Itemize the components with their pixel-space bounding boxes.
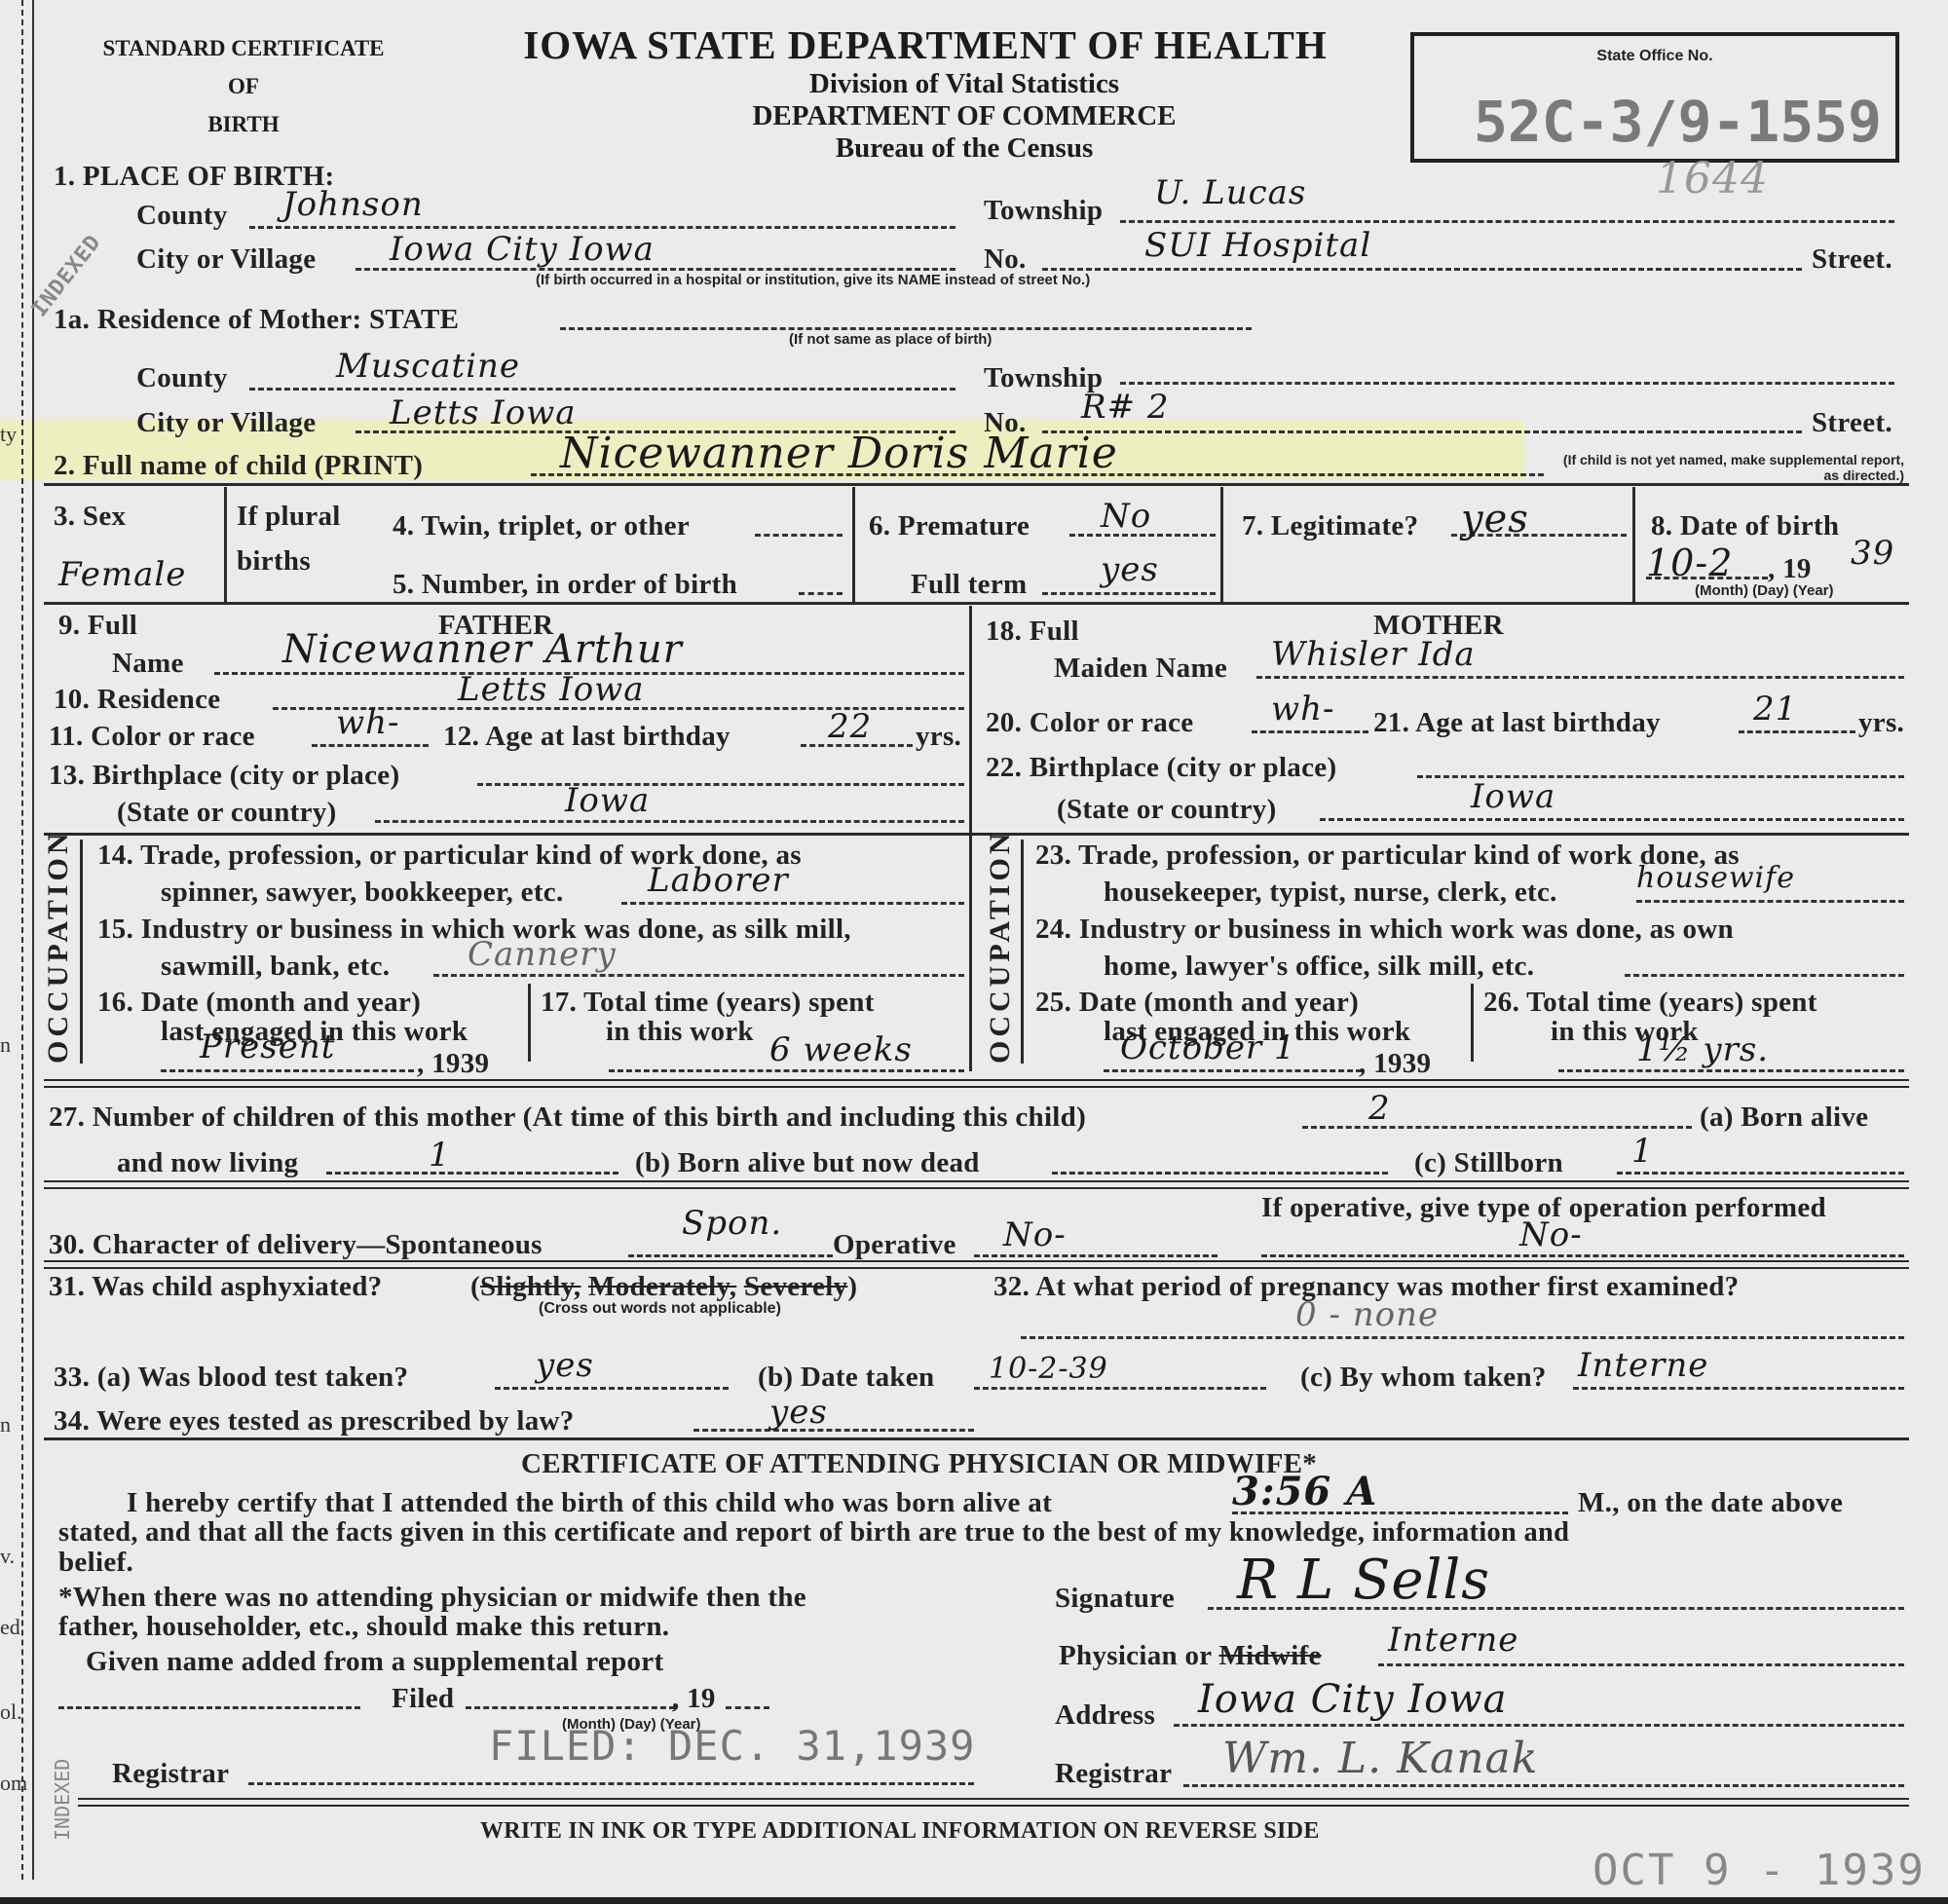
divider xyxy=(44,1437,1909,1440)
blood-date-line xyxy=(974,1387,1266,1390)
filed-date-line xyxy=(466,1706,675,1709)
spontaneous-value[interactable]: Spon. xyxy=(682,1204,782,1243)
operative-line xyxy=(974,1254,1217,1257)
filed-stamp: FILED: DEC. 31,1939 xyxy=(489,1722,975,1770)
mother-name-line xyxy=(1256,676,1904,679)
father-race-label: 11. Color or race xyxy=(49,721,255,753)
mother-township-line xyxy=(1120,382,1894,385)
dob-label: 8. Date of birth xyxy=(1651,510,1839,542)
dob-caption: (Month) (Day) (Year) xyxy=(1695,582,1834,599)
margin-line-inner xyxy=(32,0,34,1880)
child-name-value[interactable]: Nicewanner Doris Marie xyxy=(560,429,1118,478)
signature-label: Signature xyxy=(1055,1583,1175,1615)
mother-race-label: 20. Color or race xyxy=(986,707,1193,739)
birth-township-label: Township xyxy=(984,195,1103,227)
margin-fragment: n xyxy=(0,1412,11,1437)
birth-county-value[interactable]: Johnson xyxy=(282,185,424,224)
asphyxia-options[interactable]: (Slightly, Moderately, Severely) xyxy=(470,1271,857,1303)
blood-test-value[interactable]: yes xyxy=(536,1346,594,1385)
father-date-label: 16. Date (month and year) xyxy=(97,987,421,1019)
operation-type-value[interactable]: No- xyxy=(1519,1215,1583,1254)
margin-fragment: ed xyxy=(0,1615,20,1640)
dob-year-prefix: , 19 xyxy=(1768,553,1812,585)
stillborn-line xyxy=(1617,1172,1904,1175)
certify-line-2: stated, and that all the facts given in … xyxy=(58,1517,1569,1549)
birth-certificate-page: ty n n v. ed ol. om STANDARD CERTIFICATE… xyxy=(0,0,1948,1904)
father-race-line xyxy=(312,744,429,747)
margin-line-outer xyxy=(21,0,23,1880)
mother-industry-label-2: home, lawyer's office, silk mill, etc. xyxy=(1104,951,1534,983)
asphyxia-label: 31. Was child asphyxiated? xyxy=(49,1271,382,1303)
birth-city-value[interactable]: Iowa City Iowa xyxy=(390,230,655,269)
blood-date-label: (b) Date taken xyxy=(758,1362,934,1394)
father-age-label: 12. Age at last birthday xyxy=(443,721,730,753)
registrar-left-line xyxy=(248,1782,974,1785)
children-count-label: 27. Number of children of this mother (A… xyxy=(49,1101,1086,1134)
father-residence-label: 10. Residence xyxy=(54,684,220,716)
state-office-label: State Office No. xyxy=(1414,48,1895,65)
father-time-value[interactable]: 6 weeks xyxy=(769,1030,913,1069)
margin-fragment: v. xyxy=(0,1544,15,1569)
eyes-label: 34. Were eyes tested as prescribed by la… xyxy=(54,1405,575,1437)
divider xyxy=(44,833,1909,836)
supplemental-label: Given name added from a supplemental rep… xyxy=(86,1646,663,1678)
operative-value[interactable]: No- xyxy=(1003,1215,1067,1254)
mother-city-label: City or Village xyxy=(136,407,316,439)
certificate-type-line: STANDARD CERTIFICATE xyxy=(58,29,429,67)
bureau-title: Bureau of the Census xyxy=(487,132,1364,165)
divider xyxy=(1220,487,1223,602)
mother-trade-value[interactable]: housewife xyxy=(1636,861,1795,895)
twin-label: 4. Twin, triplet, or other xyxy=(393,510,690,542)
birth-street-label: Street. xyxy=(1812,243,1892,276)
mother-state-value[interactable]: Iowa xyxy=(1471,777,1555,816)
born-alive-label: (a) Born alive xyxy=(1700,1101,1868,1134)
mother-industry-line xyxy=(1625,974,1904,977)
father-birthplace-label: 13. Birthplace (city or place) xyxy=(49,760,399,792)
premature-label: 6. Premature xyxy=(869,510,1030,542)
birth-city-label: City or Village xyxy=(136,243,316,276)
certify-line-3: belief. xyxy=(58,1547,133,1579)
mother-county-label: County xyxy=(136,362,228,394)
exam-line xyxy=(1021,1336,1904,1339)
birth-order-line xyxy=(799,592,843,595)
now-living-line xyxy=(326,1172,618,1175)
footnote-line-1: *When there was no attending physician o… xyxy=(58,1582,806,1614)
mother-name-label-2: Maiden Name xyxy=(1054,653,1227,685)
mother-trade-line xyxy=(1636,900,1904,903)
mother-name-value[interactable]: Whisler Ida xyxy=(1271,635,1476,674)
mother-trade-label-2: housekeeper, typist, nurse, clerk, etc. xyxy=(1104,877,1557,909)
dob-month-day[interactable]: 10-2 xyxy=(1646,541,1733,584)
now-living-value[interactable]: 1 xyxy=(429,1136,451,1175)
operative-label: Operative xyxy=(833,1229,956,1261)
father-state-line xyxy=(375,820,964,823)
twin-line xyxy=(755,534,843,537)
paren: ) xyxy=(847,1271,857,1302)
filed-year-prefix: , 19 xyxy=(672,1683,716,1715)
mother-date-value[interactable]: October 1 xyxy=(1120,1028,1296,1067)
divider xyxy=(1471,984,1474,1062)
plural-births-label-2: births xyxy=(237,545,311,578)
agency-header: IOWA STATE DEPARTMENT OF HEALTH Division… xyxy=(487,21,1364,165)
father-trade-label-2: spinner, sawyer, bookkeeper, etc. xyxy=(161,877,564,909)
now-living-label: and now living xyxy=(117,1147,298,1179)
children-count-value[interactable]: 2 xyxy=(1368,1089,1391,1128)
option-moderately[interactable]: Moderately, xyxy=(588,1271,736,1302)
mother-state-line xyxy=(1320,818,1904,821)
eyes-line xyxy=(693,1429,974,1432)
legitimate-value[interactable]: yes xyxy=(1461,497,1529,541)
mother-industry-label: 24. Industry or business in which work w… xyxy=(1035,914,1734,946)
father-age-value[interactable]: 22 xyxy=(828,707,872,746)
birth-order-label: 5. Number, in order of birth xyxy=(393,569,737,601)
stillborn-value[interactable]: 1 xyxy=(1631,1132,1654,1171)
born-alive-dead-line xyxy=(1052,1172,1388,1175)
birth-hospital-note: (If birth occurred in a hospital or inst… xyxy=(536,272,1090,288)
mother-birthplace-label: 22. Birthplace (city or place) xyxy=(986,752,1336,784)
birth-county-label: County xyxy=(136,200,228,232)
certify-line-1: I hereby certify that I attended the bir… xyxy=(127,1487,1052,1519)
left-margin: ty n n v. ed ol. om xyxy=(0,0,47,1904)
father-date-line xyxy=(161,1069,414,1072)
blood-test-line xyxy=(495,1387,729,1390)
handwritten-file-number: 1644 xyxy=(1656,154,1769,204)
division-title: Division of Vital Statistics xyxy=(487,68,1364,100)
stillborn-label: (c) Stillborn xyxy=(1414,1147,1563,1179)
certify-line-1-end: M., on the date above xyxy=(1578,1487,1843,1519)
divider xyxy=(80,840,83,1064)
mother-county-line xyxy=(249,388,955,391)
asphyxia-note: (Cross out words not applicable) xyxy=(539,1300,781,1318)
father-age-unit: yrs. xyxy=(916,721,961,753)
certificate-heading: CERTIFICATE OF ATTENDING PHYSICIAN OR MI… xyxy=(521,1448,1317,1480)
mother-race-value[interactable]: wh- xyxy=(1271,690,1335,728)
mother-residence-note: (If not same as place of birth) xyxy=(789,331,992,348)
registrar-label: Registrar xyxy=(1055,1758,1172,1790)
mother-state-line xyxy=(560,327,1252,330)
agency-title: IOWA STATE DEPARTMENT OF HEALTH xyxy=(487,21,1364,68)
mother-county-value[interactable]: Muscatine xyxy=(336,347,520,386)
mother-date-line xyxy=(1104,1069,1362,1072)
physician-value[interactable]: Interne xyxy=(1388,1621,1518,1660)
mother-time-label: 26. Total time (years) spent xyxy=(1483,987,1817,1019)
father-date-value[interactable]: Present xyxy=(200,1027,335,1066)
father-race-value[interactable]: wh- xyxy=(336,703,400,742)
father-industry-value[interactable]: Cannery xyxy=(468,935,617,974)
margin-fragment: ty xyxy=(0,422,17,447)
father-occupation-side-label: OCCUPATION xyxy=(42,829,75,1064)
blood-by-value[interactable]: Interne xyxy=(1578,1346,1708,1385)
certificate-type: STANDARD CERTIFICATE OF BIRTH xyxy=(58,29,429,143)
mother-no-line xyxy=(1042,430,1802,433)
option-severely[interactable]: Severely xyxy=(744,1271,848,1302)
supplemental-name-line xyxy=(58,1706,360,1709)
mother-time-value[interactable]: 1½ yrs. xyxy=(1636,1030,1769,1069)
footnote-line-2: father, householder, etc., should make t… xyxy=(58,1611,669,1643)
divider xyxy=(44,1079,1909,1088)
father-industry-label-2: sawmill, bank, etc. xyxy=(161,951,390,983)
divider xyxy=(1632,487,1635,602)
filed-label: Filed xyxy=(392,1683,454,1715)
midwife-struck-label: Midwife xyxy=(1219,1640,1322,1671)
father-birthplace-line xyxy=(477,783,964,786)
eyes-value[interactable]: yes xyxy=(769,1393,828,1432)
registrar-line xyxy=(1183,1784,1904,1787)
received-stamp: OCT 9 - 1939 xyxy=(1592,1846,1926,1895)
plural-births-label: If plural xyxy=(237,501,341,533)
father-state-label: (State or country) xyxy=(117,797,337,829)
signature-value[interactable]: R L Sells xyxy=(1237,1549,1490,1612)
department-title: DEPARTMENT OF COMMERCE xyxy=(487,100,1364,132)
mother-age-line xyxy=(1739,730,1855,733)
mother-street-label: Street. xyxy=(1812,407,1892,439)
physician-label-text: Physician or xyxy=(1059,1640,1219,1671)
operation-type-line xyxy=(1261,1254,1904,1257)
full-term-line xyxy=(1042,592,1216,595)
born-alive-dead-label: (b) Born alive but now dead xyxy=(635,1147,980,1179)
mother-name-label: 18. Full xyxy=(986,616,1079,648)
mother-trade-label: 23. Trade, profession, or particular kin… xyxy=(1035,840,1740,872)
address-line xyxy=(1174,1724,1904,1727)
spontaneous-line xyxy=(628,1254,833,1257)
divider xyxy=(44,1260,1909,1269)
blood-by-line xyxy=(1573,1387,1904,1390)
divider xyxy=(44,483,1909,486)
birth-no-value[interactable]: SUI Hospital xyxy=(1144,226,1371,265)
blood-date-value[interactable]: 10-2-39 xyxy=(989,1352,1108,1386)
father-residence-value[interactable]: Letts Iowa xyxy=(458,670,645,709)
full-term-value[interactable]: yes xyxy=(1101,550,1159,589)
mother-race-line xyxy=(1252,730,1368,733)
child-name-note: (If child is not yet named, make supplem… xyxy=(1549,452,1904,483)
birth-county-line xyxy=(249,226,955,229)
certificate-type-line: BIRTH xyxy=(58,105,429,143)
father-name-label: 9. Full xyxy=(58,610,137,642)
mother-city-value[interactable]: Letts Iowa xyxy=(390,393,577,432)
mother-no-value[interactable]: R# 2 xyxy=(1081,388,1170,427)
column-divider xyxy=(969,606,972,1071)
dob-year-value[interactable]: 39 xyxy=(1851,534,1894,573)
birth-township-line xyxy=(1120,220,1894,223)
state-office-box: State Office No. 52C-3/9-1559 xyxy=(1410,32,1899,163)
divider xyxy=(44,602,1909,605)
legitimate-label: 7. Legitimate? xyxy=(1242,510,1418,542)
father-time-label: 17. Total time (years) spent xyxy=(541,987,875,1019)
mother-age-value[interactable]: 21 xyxy=(1753,690,1797,728)
father-time-line xyxy=(609,1069,964,1072)
margin-fragment: ol. xyxy=(0,1699,22,1725)
divider xyxy=(528,984,531,1062)
address-value[interactable]: Iowa City Iowa xyxy=(1198,1677,1507,1722)
children-count-line xyxy=(1302,1126,1692,1129)
mother-occupation-side-label: OCCUPATION xyxy=(984,829,1017,1064)
state-office-number: 52C-3/9-1559 xyxy=(1474,89,1882,155)
paren: ( xyxy=(470,1271,480,1302)
exam-value[interactable]: 0 - none xyxy=(1295,1295,1439,1334)
option-slightly[interactable]: Slightly, xyxy=(480,1271,581,1302)
reverse-side-instruction: WRITE IN INK OR TYPE ADDITIONAL INFORMAT… xyxy=(480,1818,1320,1845)
divider xyxy=(852,487,855,602)
mother-age-label: 21. Age at last birthday xyxy=(1373,707,1661,739)
certificate-type-line: OF xyxy=(58,67,429,105)
divider xyxy=(44,1180,1909,1189)
physician-label: Physician or Midwife xyxy=(1059,1640,1322,1672)
divider xyxy=(1021,840,1024,1064)
full-term-label: Full term xyxy=(911,569,1027,601)
mother-age-unit: yrs. xyxy=(1858,707,1904,739)
child-name-label: 2. Full name of child (PRINT) xyxy=(54,450,423,482)
divider xyxy=(78,1798,1909,1807)
father-state-value[interactable]: Iowa xyxy=(565,781,650,820)
blood-by-label: (c) By whom taken? xyxy=(1300,1362,1547,1394)
filed-year-line xyxy=(726,1706,769,1709)
father-date-year: , 1939 xyxy=(417,1048,489,1080)
premature-value[interactable]: No xyxy=(1101,497,1151,536)
margin-fragment: n xyxy=(0,1032,11,1058)
sex-label: 3. Sex xyxy=(54,501,126,533)
father-name-label-2: Name xyxy=(112,648,184,680)
divider xyxy=(224,487,227,602)
mother-time-line xyxy=(1558,1069,1904,1072)
address-label: Address xyxy=(1055,1699,1155,1732)
father-trade-value[interactable]: Laborer xyxy=(648,861,789,900)
mother-date-label: 25. Date (month and year) xyxy=(1035,987,1359,1019)
delivery-label: 30. Character of delivery—Spontaneous xyxy=(49,1229,543,1261)
father-name-value[interactable]: Nicewanner Arthur xyxy=(282,627,683,672)
side-indexed-stamp: INDEXED xyxy=(51,1759,74,1841)
father-time-label-2: in this work xyxy=(606,1016,754,1048)
father-trade-line xyxy=(621,902,964,905)
mother-state-label: (State or country) xyxy=(1057,794,1277,826)
registrar-left-label: Registrar xyxy=(112,1758,229,1790)
mother-residence-label: 1a. Residence of Mother: STATE xyxy=(54,304,459,336)
mother-date-year: , 1939 xyxy=(1359,1048,1431,1080)
registrar-value[interactable]: Wm. L. Kanak xyxy=(1222,1734,1538,1783)
bottom-edge xyxy=(0,1897,1948,1904)
birth-township-value[interactable]: U. Lucas xyxy=(1154,173,1306,212)
sex-value[interactable]: Female xyxy=(58,555,186,594)
physician-line xyxy=(1378,1663,1904,1666)
birth-time-value[interactable]: 3:56 A xyxy=(1232,1469,1377,1514)
blood-test-label: 33. (a) Was blood test taken? xyxy=(54,1362,408,1394)
father-industry-line xyxy=(433,974,964,977)
birth-no-line xyxy=(1042,268,1802,271)
